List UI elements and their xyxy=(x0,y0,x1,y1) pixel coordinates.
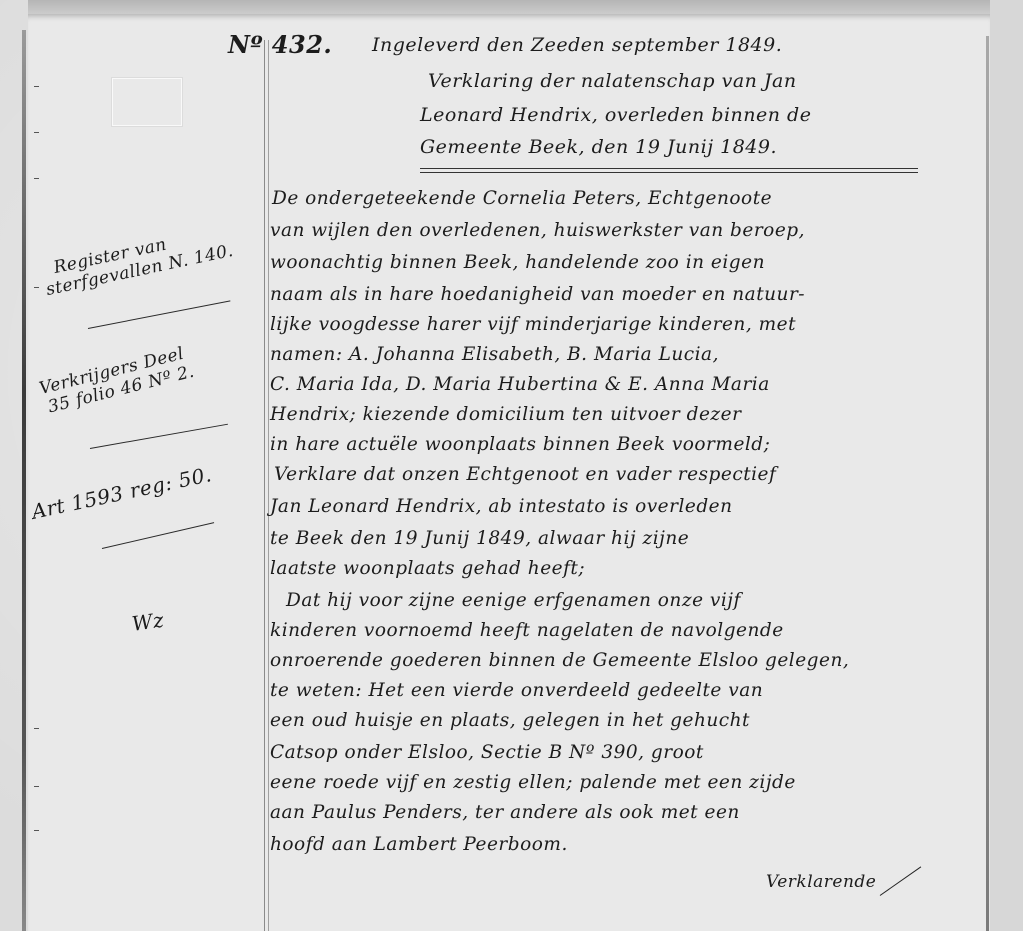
body-line-15: kinderen voornoemd heeft nagelaten de na… xyxy=(270,620,784,641)
page-right-edge xyxy=(986,36,989,931)
body-line-5: lijke voogdesse harer vijf minderjarige … xyxy=(270,314,796,335)
entry-number: Nº 432. xyxy=(228,30,332,59)
title-line-2: Leonard Hendrix, overleden binnen de xyxy=(420,104,811,126)
title-double-rule xyxy=(420,168,918,173)
body-line-13: laatste woonplaats gehad heeft; xyxy=(270,558,585,579)
ruling-tick xyxy=(34,132,39,133)
body-line-20: eene roede vijf en zestig ellen; palende… xyxy=(270,772,796,793)
ruling-tick xyxy=(34,178,39,179)
body-line-7: C. Maria Ida, D. Maria Hubertina & E. An… xyxy=(270,374,770,395)
body-line-11: Jan Leonard Hendrix, ab intestato is ove… xyxy=(270,496,733,517)
body-line-10: Verklare dat onzen Echtgenoot en vader r… xyxy=(274,464,776,485)
page-left-edge xyxy=(22,30,26,931)
received-date: Ingeleverd den Zeeden september 1849. xyxy=(372,34,782,56)
body-line-16: onroerende goederen binnen de Gemeente E… xyxy=(270,650,849,671)
adjacent-page-strip xyxy=(990,0,1023,931)
body-line-19: Catsop onder Elsloo, Sectie B Nº 390, gr… xyxy=(270,742,704,763)
ruling-tick xyxy=(34,786,39,787)
blind-stamp-watermark xyxy=(112,78,182,126)
title-line-1: Verklaring der nalatenschap van Jan xyxy=(428,70,797,92)
signoff-verklarende: Verklarende xyxy=(766,872,876,892)
body-line-6: namen: A. Johanna Elisabeth, B. Maria Lu… xyxy=(270,344,719,365)
margin-initials: Wz xyxy=(130,608,165,636)
title-line-3: Gemeente Beek, den 19 Junij 1849. xyxy=(420,136,777,158)
margin-ruled-line xyxy=(264,40,269,931)
body-line-3: woonachtig binnen Beek, handelende zoo i… xyxy=(270,252,765,273)
ruling-tick xyxy=(34,287,39,288)
body-line-1: De ondergeteekende Cornelia Peters, Echt… xyxy=(272,188,772,209)
body-line-14: Dat hij voor zijne eenige erfgenamen onz… xyxy=(286,590,741,611)
body-line-4: naam als in hare hoedanigheid van moeder… xyxy=(270,284,805,305)
body-line-2: van wijlen den overledenen, huiswerkster… xyxy=(270,220,805,241)
ruling-tick xyxy=(34,830,39,831)
ruling-tick xyxy=(34,728,39,729)
body-line-9: in hare actuële woonplaats binnen Beek v… xyxy=(270,434,770,455)
body-line-22: hoofd aan Lambert Peerboom. xyxy=(270,834,568,855)
body-line-21: aan Paulus Penders, ter andere als ook m… xyxy=(270,802,740,823)
body-line-18: een oud huisje en plaats, gelegen in het… xyxy=(270,710,750,731)
ruling-tick xyxy=(34,86,39,87)
body-line-17: te weten: Het een vierde onverdeeld gede… xyxy=(270,680,763,701)
body-line-12: te Beek den 19 Junij 1849, alwaar hij zi… xyxy=(270,528,689,549)
body-line-8: Hendrix; kiezende domicilium ten uitvoer… xyxy=(270,404,741,425)
